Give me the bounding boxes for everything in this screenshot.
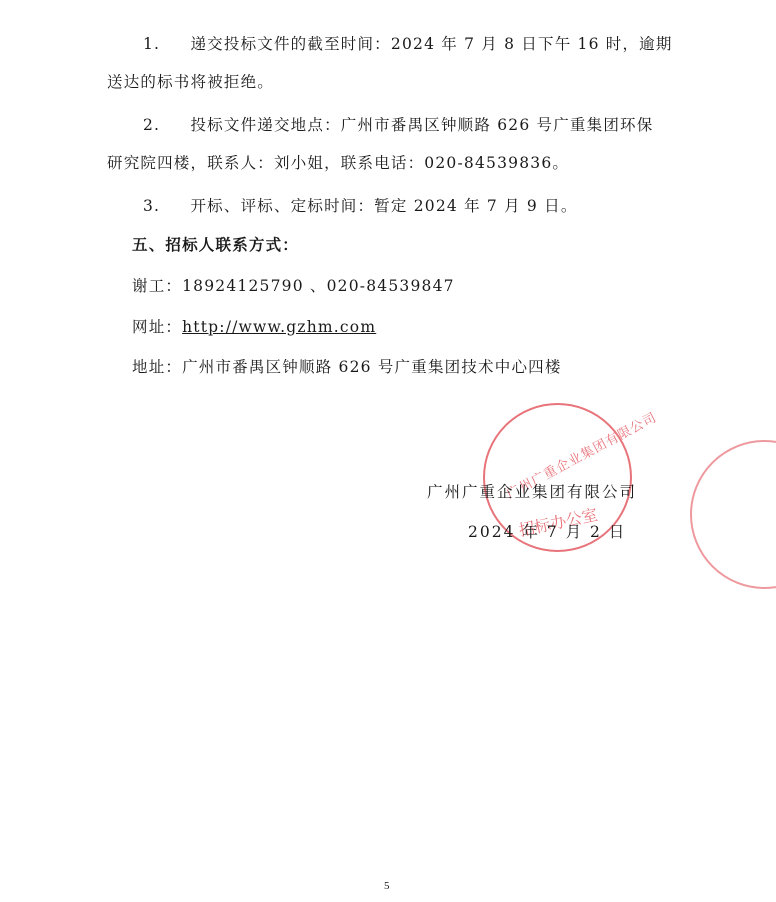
item-2-continuation: 研究院四楼，联系人：刘小姐，联系电话：020-84539836。: [107, 153, 569, 173]
item-number: 2.: [143, 116, 160, 134]
website-label: 网址：: [132, 318, 182, 336]
item-text: 递交投标文件的截至时间：2024 年 7 月 8 日下午 16 时，逾期: [190, 35, 672, 53]
item-3: 3. 开标、评标、定标时间：暂定 2024 年 7 月 9 日。: [143, 196, 578, 216]
page-number: 5: [384, 880, 390, 892]
signature-company: 广州广重企业集团有限公司: [427, 480, 637, 502]
item-number: 1.: [143, 35, 160, 53]
website-link[interactable]: http://www.gzhm.com: [182, 318, 376, 336]
item-number: 3.: [143, 197, 160, 215]
signature-date: 2024 年 7 月 2 日: [468, 520, 626, 542]
item-1: 1. 递交投标文件的截至时间：2024 年 7 月 8 日下午 16 时，逾期: [143, 34, 673, 54]
phone-value: 18924125790 、020-84539847: [182, 277, 455, 295]
contact-website: 网址：http://www.gzhm.com: [132, 317, 376, 337]
item-text: 开标、评标、定标时间：暂定 2024 年 7 月 9 日。: [190, 197, 577, 215]
partial-seal-stamp: [690, 440, 776, 589]
item-2: 2. 投标文件递交地点：广州市番禺区钟顺路 626 号广重集团环保: [143, 115, 653, 135]
address-value: 广州市番禺区钟顺路 626 号广重集团技术中心四楼: [182, 358, 561, 376]
contact-phone: 谢工：18924125790 、020-84539847: [132, 276, 455, 296]
address-label: 地址：: [132, 358, 182, 376]
contact-address: 地址：广州市番禺区钟顺路 626 号广重集团技术中心四楼: [132, 357, 562, 377]
item-1-continuation: 送达的标书将被拒绝。: [107, 72, 274, 92]
item-text: 投标文件递交地点：广州市番禺区钟顺路 626 号广重集团环保: [190, 116, 653, 134]
section-heading: 五、招标人联系方式：: [132, 235, 299, 255]
phone-label: 谢工：: [132, 277, 182, 295]
